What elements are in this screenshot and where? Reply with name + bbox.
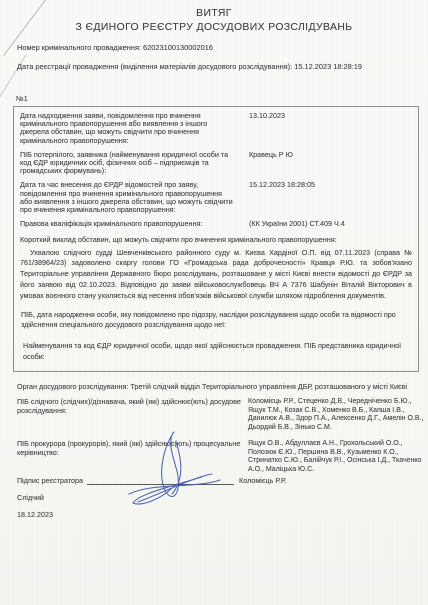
summary-text: Ухвалою слідчого судді Шевченківського р… (20, 248, 412, 302)
document-date: 18.12.2023 (17, 510, 53, 519)
prosecutors-row: ПІБ прокурора (прокурорів), який (які) з… (17, 440, 426, 475)
info-table: Дата надходження заяви, повідомлення про… (13, 106, 419, 372)
investigators-row: ПІБ слідчого (слідчих)/дізнавача, який (… (17, 398, 426, 433)
signer-role: Слідчий (17, 493, 44, 502)
suspect-heading: ПІБ, дата народження особи, яку повідомл… (21, 310, 412, 332)
scanned-document-page: ВИТЯГ З ЄДИНОГО РЕЄСТРУ ДОСУДОВИХ РОЗСЛІ… (0, 0, 428, 605)
table-row-value: 13.10.2023 (249, 112, 412, 145)
document-title-line1: ВИТЯГ (0, 7, 428, 21)
prosecutors-names: Ящук О.В., Абдуллаєв А.Н., Грохольський … (248, 440, 426, 475)
investigators-names: Коломієць Р.Р., Стеценко Д.В., Чередніче… (248, 398, 426, 433)
table-row-value: Кравець Р Ю (249, 151, 412, 176)
registrar-signature-label: Підпис реєстратора (17, 476, 83, 485)
table-row-label: Правова кваліфікація кримінального право… (20, 220, 249, 228)
table-row-victim-name: ПІБ потерпілого, заявника (найменування … (20, 151, 412, 176)
investigation-authority-line: Орган досудового розслідування: Третій с… (17, 382, 419, 391)
table-row-value: (КК України 2001) СТ.409 Ч.4 (249, 220, 412, 228)
table-row-label: Дата та час внесення до ЄРДР відомостей … (20, 181, 249, 214)
table-row-value: 15.12.2023 18:28:05 (249, 181, 412, 214)
case-number-line: Номер кримінального провадження: 6202310… (17, 43, 213, 52)
summary-heading: Короткий виклад обставин, що можуть свід… (20, 236, 412, 244)
registrar-name: Коломієць Р.Р. (239, 476, 286, 485)
registrar-signature-line: Підпис реєстратораКоломієць Р.Р. (17, 476, 286, 485)
investigators-label: ПІБ слідчого (слідчих)/дізнавача, який (… (17, 398, 248, 433)
document-title: ВИТЯГ З ЄДИНОГО РЕЄСТРУ ДОСУДОВИХ РОЗСЛІ… (0, 7, 428, 35)
table-row-intake-date: Дата надходження заяви, повідомлення про… (20, 112, 412, 145)
table-row-erdr-entry-datetime: Дата та час внесення до ЄРДР відомостей … (20, 181, 412, 214)
signature-underline (87, 477, 234, 485)
document-title-line2: З ЄДИНОГО РЕЄСТРУ ДОСУДОВИХ РОЗСЛІДУВАНЬ (0, 21, 428, 35)
table-row-label: ПІБ потерпілого, заявника (найменування … (20, 151, 249, 176)
legal-entity-heading: Найменування та код ЄДР юридичної особи,… (23, 341, 412, 363)
table-row-legal-qualification: Правова кваліфікація кримінального право… (20, 220, 412, 228)
table-row-label: Дата надходження заяви, повідомлення про… (20, 112, 249, 145)
prosecutors-label: ПІБ прокурора (прокурорів), який (які) з… (17, 440, 248, 475)
registration-date-line: Дата реєстрації провадження (виділення м… (17, 62, 416, 72)
record-number: №1 (16, 94, 28, 103)
